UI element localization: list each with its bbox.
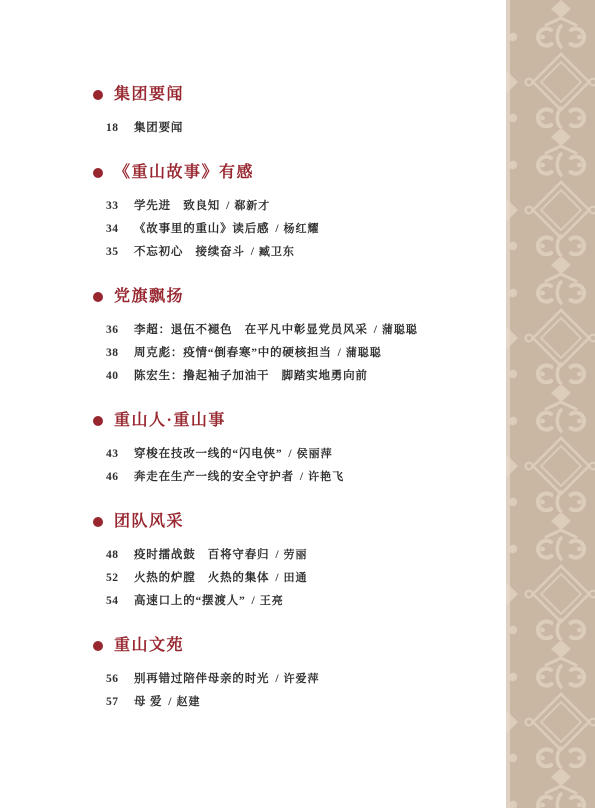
entry-author: 郗新才 — [234, 195, 270, 218]
entry-title: 李超：退伍不褪色 在平凡中彰显党员风采 — [134, 319, 368, 342]
section-entries: 36 李超：退伍不褪色 在平凡中彰显党员风采 / 蒲聪聪 38 周克彪：疫情“倒… — [93, 319, 506, 388]
section-entries: 48 疫时擂战鼓 百将守春归 / 劳丽 52 火热的炉膛 火热的集体 / 田通 … — [93, 544, 506, 613]
entry-title: 《故事里的重山》读后感 — [134, 218, 269, 241]
entry-page-number: 36 — [106, 319, 123, 342]
entry-author: 臧卫东 — [259, 241, 295, 264]
damask-pattern — [506, 0, 595, 808]
toc-sections: 集团要闻 18 集团要闻 《重山故事》有感 33 学先进 致良知 / 郗新才 3… — [0, 0, 506, 808]
entry-author: 侯丽萍 — [297, 443, 333, 466]
entry-author-separator: / — [288, 443, 291, 466]
toc-entry: 18 集团要闻 — [93, 117, 506, 140]
entry-page-number: 56 — [106, 668, 123, 691]
entry-author: 蒲聪聪 — [346, 342, 382, 365]
section-entries: 56 别再错过陪伴母亲的时光 / 许爱萍 57 母 爱 / 赵建 — [93, 668, 506, 714]
entry-author: 蒲聪聪 — [382, 319, 418, 342]
entry-author-separator: / — [338, 342, 341, 365]
entry-author-separator: / — [275, 544, 278, 567]
toc-page: 集团要闻 18 集团要闻 《重山故事》有感 33 学先进 致良知 / 郗新才 3… — [0, 0, 595, 808]
entry-title: 周克彪：疫情“倒春寒”中的硬核担当 — [134, 342, 332, 365]
entry-author-separator: / — [252, 590, 255, 613]
toc-section: 集团要闻 18 集团要闻 — [93, 86, 506, 140]
decorative-border-strip — [506, 0, 595, 808]
entry-title: 学先进 致良知 — [134, 195, 220, 218]
toc-entry: 33 学先进 致良知 / 郗新才 — [93, 195, 506, 218]
section-entries: 18 集团要闻 — [93, 117, 506, 140]
toc-section: 重山人·重山事 43 穿梭在技改一线的“闪电侠” / 侯丽萍 46 奔走在生产一… — [93, 412, 506, 489]
section-bullet-icon — [93, 517, 103, 527]
entry-title: 疫时擂战鼓 百将守春归 — [134, 544, 269, 567]
toc-entry: 52 火热的炉膛 火热的集体 / 田通 — [93, 567, 506, 590]
entry-author-separator: / — [300, 466, 303, 489]
toc-entry: 54 高速口上的“摆渡人” / 王亮 — [93, 590, 506, 613]
section-title: 重山人·重山事 — [114, 412, 226, 430]
entry-page-number: 33 — [106, 195, 123, 218]
entry-author: 杨红耀 — [284, 218, 320, 241]
entry-page-number: 18 — [106, 117, 123, 140]
toc-entry: 48 疫时擂战鼓 百将守春归 / 劳丽 — [93, 544, 506, 567]
entry-author: 劳丽 — [284, 544, 308, 567]
entry-title: 集团要闻 — [134, 117, 183, 140]
section-bullet-icon — [93, 168, 103, 178]
entry-author: 赵建 — [176, 691, 200, 714]
toc-entry: 35 不忘初心 接续奋斗 / 臧卫东 — [93, 241, 506, 264]
entry-title: 火热的炉膛 火热的集体 — [134, 567, 269, 590]
entry-author-separator: / — [226, 195, 229, 218]
section-entries: 33 学先进 致良知 / 郗新才 34 《故事里的重山》读后感 / 杨红耀 35… — [93, 195, 506, 264]
entry-page-number: 46 — [106, 466, 123, 489]
section-bullet-icon — [93, 90, 103, 100]
section-bullet-icon — [93, 416, 103, 426]
strip-highlight-edge — [506, 0, 510, 808]
section-header: 《重山故事》有感 — [93, 164, 506, 182]
entry-author-separator: / — [168, 691, 171, 714]
entry-title: 奔走在生产一线的安全守护者 — [134, 466, 294, 489]
toc-entry: 46 奔走在生产一线的安全守护者 / 许艳飞 — [93, 466, 506, 489]
entry-page-number: 52 — [106, 567, 123, 590]
entry-title: 穿梭在技改一线的“闪电侠” — [134, 443, 282, 466]
entry-author: 许爱萍 — [284, 668, 320, 691]
toc-entry: 36 李超：退伍不褪色 在平凡中彰显党员风采 / 蒲聪聪 — [93, 319, 506, 342]
toc-entry: 43 穿梭在技改一线的“闪电侠” / 侯丽萍 — [93, 443, 506, 466]
entry-author: 王亮 — [260, 590, 284, 613]
entry-title: 母 爱 — [134, 691, 162, 714]
toc-entry: 40 陈宏生：撸起袖子加油干 脚踏实地勇向前 — [93, 365, 506, 388]
entry-author-separator: / — [251, 241, 254, 264]
entry-page-number: 43 — [106, 443, 123, 466]
entry-title: 别再错过陪伴母亲的时光 — [134, 668, 269, 691]
toc-section: 《重山故事》有感 33 学先进 致良知 / 郗新才 34 《故事里的重山》读后感… — [93, 164, 506, 264]
entry-author: 许艳飞 — [308, 466, 344, 489]
section-title: 《重山故事》有感 — [114, 164, 254, 182]
entry-author-separator: / — [275, 218, 278, 241]
section-bullet-icon — [93, 641, 103, 651]
section-header: 团队风采 — [93, 513, 506, 531]
toc-section: 重山文苑 56 别再错过陪伴母亲的时光 / 许爱萍 57 母 爱 / 赵建 — [93, 637, 506, 714]
toc-section: 团队风采 48 疫时擂战鼓 百将守春归 / 劳丽 52 火热的炉膛 火热的集体 … — [93, 513, 506, 613]
entry-page-number: 35 — [106, 241, 123, 264]
entry-page-number: 34 — [106, 218, 123, 241]
section-bullet-icon — [93, 292, 103, 302]
entry-page-number: 38 — [106, 342, 123, 365]
toc-section: 党旗飘扬 36 李超：退伍不褪色 在平凡中彰显党员风采 / 蒲聪聪 38 周克彪… — [93, 288, 506, 388]
entry-author-separator: / — [374, 319, 377, 342]
entry-title: 高速口上的“摆渡人” — [134, 590, 246, 613]
entry-author-separator: / — [275, 668, 278, 691]
entry-title: 陈宏生：撸起袖子加油干 脚踏实地勇向前 — [134, 365, 368, 388]
entry-author-separator: / — [275, 567, 278, 590]
section-header: 党旗飘扬 — [93, 288, 506, 306]
section-title: 团队风采 — [114, 513, 184, 531]
entry-author: 田通 — [284, 567, 308, 590]
entry-page-number: 54 — [106, 590, 123, 613]
toc-entry: 38 周克彪：疫情“倒春寒”中的硬核担当 / 蒲聪聪 — [93, 342, 506, 365]
section-entries: 43 穿梭在技改一线的“闪电侠” / 侯丽萍 46 奔走在生产一线的安全守护者 … — [93, 443, 506, 489]
section-header: 重山文苑 — [93, 637, 506, 655]
entry-page-number: 40 — [106, 365, 123, 388]
toc-entry: 34 《故事里的重山》读后感 / 杨红耀 — [93, 218, 506, 241]
entry-page-number: 57 — [106, 691, 123, 714]
section-title: 党旗飘扬 — [114, 288, 184, 306]
entry-page-number: 48 — [106, 544, 123, 567]
section-title: 重山文苑 — [114, 637, 184, 655]
section-header: 重山人·重山事 — [93, 412, 506, 430]
toc-entry: 56 别再错过陪伴母亲的时光 / 许爱萍 — [93, 668, 506, 691]
section-title: 集团要闻 — [114, 86, 184, 104]
entry-title: 不忘初心 接续奋斗 — [134, 241, 245, 264]
toc-entry: 57 母 爱 / 赵建 — [93, 691, 506, 714]
section-header: 集团要闻 — [93, 86, 506, 104]
